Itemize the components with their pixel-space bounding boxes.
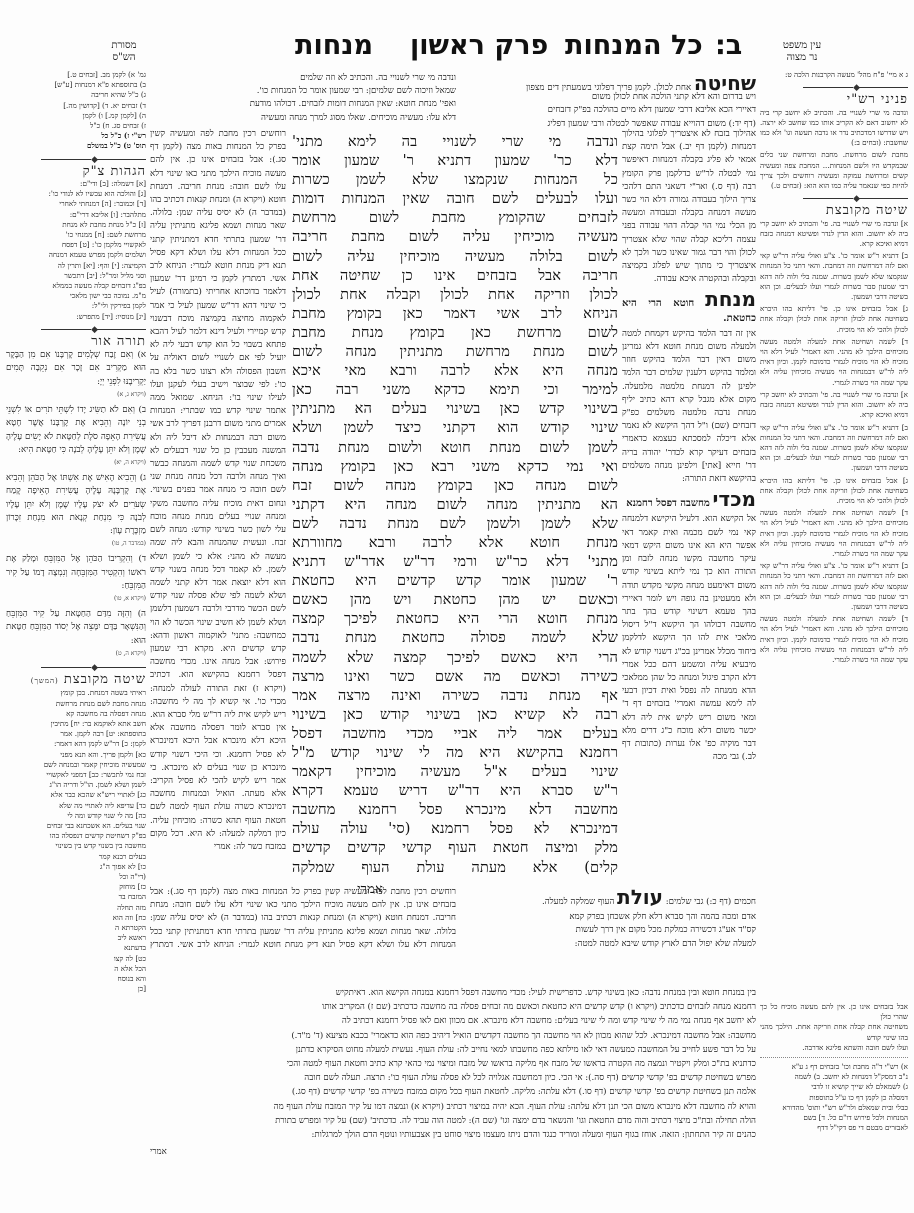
rashi-line: והויא לה מחשבה דלא מינכרא משום הכי תנן ד… <box>150 1100 756 1114</box>
rashi-body: אל הקישא הוא. דלעיל היקישא דלמנחה קאי נמ… <box>622 513 756 764</box>
gemara-line: אף מנחת נדבה כשירה ואינה מרצה אמר <box>292 686 618 705</box>
shita-cont-line: לשמן ושלא לשמן. הו"ל ודריה הו"ג <box>6 780 146 790</box>
gemara-line: מעשיה מוכיחין עליה לשום מחבת חריבה <box>292 227 618 246</box>
masoret-line: ה) [לקמן קמ.] ו) לקמן <box>6 111 146 121</box>
rashi-prefix: חכמים (דף כ:) גבי שלמים: <box>666 897 756 907</box>
penei-rashi-title: פניני רש"י <box>760 95 908 105</box>
rashi-line: (דף יד:) משום דהוייא עבודה שאפשר לבטלה ו… <box>462 118 756 128</box>
rashi-line: רחמנא מנחה לזבחים כדכתיב (ויקרא ו) קדש ק… <box>150 1000 756 1014</box>
penei-rashi-paragraph: ונדבה מי שרי לשנויי בה. והכתיב לא יחשב ק… <box>760 108 908 149</box>
hagahot-line: לאבזרים מבטם די פס דקי"ל דדף <box>760 1123 908 1132</box>
shita-cont-line: בדעתנא <box>6 943 146 953</box>
verse-text: א) וְאִם זֶבַח שְׁלָמִים קָרְבָּנוֹ אִם … <box>6 349 146 389</box>
gemara-line: שלא לשמה פסולה כחטאת מנחת נדבה <box>292 628 618 647</box>
hagahot-line: ג) לשמאלם לא שייך קושיא זו לדבי <box>760 1082 908 1092</box>
hagahot-line: [ד] וכמובר: [ה] דמנחתי לאחרי <box>6 199 146 209</box>
shita-cont-line: כו] לא אפוך ה"ג <box>6 862 146 872</box>
ein-mishpat-label-line1: עין משפט <box>772 40 832 52</box>
shita-cont-line: ראיתי בשטה דמנחת. בכן קומץ <box>6 688 146 698</box>
hagahot-line: [ג] והולכה הוא עכשיו לא לנודי כו': <box>6 189 146 199</box>
left-margin-column: גמ' א) לקמן מב. [זבחים ט.] ב) בתוספתא פ"… <box>6 70 146 1210</box>
tosafot-continuation: רוחשים רכין מחבת לפה ומעשיה קשין בפרק כל… <box>150 886 456 986</box>
masoret-line: תוס' ט) כ"ל במשלם <box>6 141 146 151</box>
rashi-heading-4: חכמים (דף כ:) גבי שלמים: עולת העוף שמלקה… <box>462 886 756 909</box>
rashi-heading-rest: מחשבה דפסל רחמנא <box>626 498 710 509</box>
verse-text: ג) וְהֵבִיא הָאִישׁ אֶת אִשְׁתּוֹ אֶל הַ… <box>6 472 146 538</box>
rashi-dibur-hamatchil: עולת <box>617 886 663 909</box>
verse-source: (ויקרא ה, ט) <box>6 647 146 660</box>
gemara-line: כל המנחות שנקמצו שלא לשמן כשרות <box>292 170 618 189</box>
rashi-heading-rest: העוף שמלקה למעלה. <box>542 897 614 907</box>
gemara-line: ועלו לבעלים לשם חובה שאין המנחות דומות <box>292 189 618 208</box>
shita-cont-line: כה] מה לי שנוי קודש ומה לי <box>6 811 146 821</box>
gemara-line: רבה לא קשיא כאן בשינוי קודש כאן בשינוי <box>292 705 618 724</box>
rashi-continuation: חכמים (דף כ:) גבי שלמים: עולת העוף שמלקה… <box>462 886 756 986</box>
gemara-line: שינוי בעלים א"ל מעשיה מוכיחין דקאמר <box>292 762 618 781</box>
gemara-line: לשום מנחת מרחשת מתניתין מנחה לשום <box>292 342 618 361</box>
gemara-line: דלא כר' שמעון דתניא ר' שמעון אומר <box>292 151 618 170</box>
masoret-label-line2: הש"ס <box>104 52 144 64</box>
rashi-line: דאיירי הכא אליבא דרבי שמעון דלא מיים בהו… <box>462 104 756 117</box>
gemara-line: מתני' דלא כר"ש ורמי דר"ש אדר"ש דתניא <box>292 552 618 571</box>
masoret-label-line1: מסורת <box>104 40 144 52</box>
shita-cont-line: לקמן: כ] דר"ש לקמן דהא דאמר: <box>6 739 146 749</box>
hagahot-line: כבלי ובית שמאלם ולר"ש רש"י ותוס' מהדורא <box>760 1103 908 1113</box>
rashi-body: אהילוך בזבח לא איצטריך לפלוגי בהילוך דמנ… <box>622 128 756 286</box>
gemara-line: מנחת חוטא הרי היא כחטאת לפיכך קמצה <box>292 609 618 628</box>
rashi-body: אין זה דבר הלמד בהיקש דקמחת למטה ולמעלה … <box>622 328 756 486</box>
rashi-line: אדם ומכה בהמה והך סברא דלא חלק אשכחן בפר… <box>462 911 756 924</box>
hagahot-line: וסני מליל ומר"ל: [יב] דתכשר <box>6 271 146 281</box>
hagahot-line: דמסלה כן לקמן דף כו ע"ל בתוספות <box>760 1093 908 1103</box>
gemara-line: רחמנא בהקישא היא מה לי שינוי קודש מ"ל <box>292 743 618 762</box>
shita-cont-line: ראשא ליב <box>6 933 146 943</box>
shita-paragraph: ג] אבל בזבחים אינו כן. פי' דליתא בהו היכ… <box>760 476 908 507</box>
rashi-line: כדתניא בת"כ ומלק ויקטיר ונמצה מה הקטרה ב… <box>150 1057 756 1071</box>
gemara-line: ר' שמעון אומר קדש קדשים היא כחטאת <box>292 571 618 590</box>
gemara-line: ואי נמי כדקא משני רבא כאן בקומץ מנחה <box>292 457 618 476</box>
gemara-line: ר"ש סברא היא דר"ש דריש טעמא דקרא <box>292 781 618 800</box>
shita-cont-line: (די"ה וכל <box>6 872 146 882</box>
shita-cont-line: בפ"ק דשחיטת קדשים דנפסלה בהו <box>6 831 146 841</box>
rashi-line: אלמה תנן בשחיטת קדשים בפ' קדשי קדשים (דף… <box>150 1085 756 1099</box>
daf-number: ב: <box>715 30 742 61</box>
gemara-line: בעלים אמר ליה אביי מכדי מחשבה דפסל <box>292 724 618 743</box>
shita-paragraph: ב] דתניא ר"ש אומר כו'. צ"ע ואולי עליה דר… <box>760 423 908 474</box>
gemara-line: לזבחים שהקומץ מחבת לשום מרחשת <box>292 208 618 227</box>
gemara-line: כשירה וכאשם מה אשם כשר ואינו מרצה <box>292 667 618 686</box>
gemara-line: דמינכרא לא פסל רחמנא (סי' עולה עולה <box>292 819 618 838</box>
hagahot-line: בפ"ג דזבחים קבלה מעשה בממלא <box>6 281 146 291</box>
shita-cont-line: כג] לאתויי ריש"א שהכא כבר אלא <box>6 790 146 800</box>
rashi-dibur-hamatchil: מכדי <box>713 487 756 511</box>
shita-cont-line: כד] עדיפא ליה לאתויי מה שלא <box>6 801 146 811</box>
gemara-line: מנחה היא אלא לרבה ורבא מאי איכא <box>292 361 618 380</box>
verse-source: (ויקרא א, טו) <box>6 592 146 605</box>
divider-line <box>760 1057 908 1058</box>
ein-mishpat-label-line2: נר מצוה <box>772 52 832 64</box>
masoret-line: ד) זבחים יא. ד) [קדושין מה.] <box>6 101 146 111</box>
gemara-line: לשמן לשום מנחת חוטא ולשום מנחת נדבה <box>292 438 618 457</box>
tosafot-fragment-line: משחיטה אחת קבלה אחת וזריקה אחת. הילכך מה… <box>760 1022 908 1042</box>
hagahot-line: [יג] מנוסיו: [יד] מתפרש: <box>6 312 146 322</box>
hagahot-line: מ"מ. נמוכה כבי ישון מלאכי <box>6 291 146 301</box>
hagahot-tzk-title: הגהות צ"ק <box>6 167 146 177</box>
masoret-line: ז) זבחים סג. ח) כ"ל <box>6 121 146 131</box>
shita-cont-title: שיטה מקובצת (המשך) <box>6 675 146 686</box>
tractate-title: מנחות <box>295 30 373 61</box>
shita-cont-line: שמעשיה מוכיחין קאמר ובמנחה לשם <box>6 760 146 770</box>
rashi-bottom-full: בין במנחת חוטא ובין במנחת נדבה: כאן בשינ… <box>150 986 756 1166</box>
gemara-line: שינוי קודש הוא דקתני כיצד לשמן ושלא <box>292 418 618 437</box>
gemara-line: מלק ומיצה חטאת העוף קדשי קדשים קדשים <box>292 838 618 857</box>
page-catchword: אמרי <box>150 1146 210 1159</box>
rashi-line: בין במנחת חוטא ובין במנחת נדבה: כאן בשינ… <box>150 986 756 1000</box>
shita-cont-line: חשב אתא לאוקמא בר: יח] מתיבין <box>6 719 146 729</box>
masoret-line: גמ' א) לקמן מב. [זבחים ט.] <box>6 70 146 80</box>
gemara-line: מנחת חוטא אלא לרבה ורבא מחוורתא <box>292 533 618 552</box>
gemara-line: לשום מנחה כאן בקומץ מנחה לשום זבח <box>292 476 618 495</box>
hagahot-line: [א] דשמלה: [ב] ודי"ם: <box>6 179 146 189</box>
gemara-line: לשום מרחשת כאן בקומץ מנחת מחבת <box>292 323 618 342</box>
hagahot-line: נ"ב דמסק"ל דמנחות לא יחשב. ב) לשמה <box>760 1072 908 1082</box>
tosafot-line: דלא עלו: מעשיה מוכיחים. שאלו מסוג למרך מ… <box>150 112 456 125</box>
rashi-heading: מכדי מחשבה דפסל רחמנא <box>622 488 756 511</box>
tosafot-column: רוחשים רכין מחבת לפה ומעשיה קשין בפרק כל… <box>150 128 286 886</box>
right-margin-column: ג א מיי' פ"ח מהל' מעשה הקרבנות הלכה ט: ◆… <box>760 70 908 1010</box>
tosafot-fragment-line: אבל בזבחים אינו כן. אין להם מעשה מוכיח כ… <box>760 1002 908 1022</box>
hagahot-line: לאקשויי מלקמן כו': [ט] דפסח <box>6 240 146 250</box>
shita-paragraph: ג] אבל בזבחים אינו כן. פי' דליתא בהו היכ… <box>760 304 908 335</box>
hagahot-line: מתלהבר: [ו] אליבא דרי"ם: <box>6 210 146 220</box>
gemara-line: חריבה אבל בזבחים אינו כן שחיטה אחת <box>292 266 618 285</box>
rashi-line: על כל דבר פשע לחייב על המחשבה כמעשה דאי … <box>150 1043 756 1057</box>
shita-cont-line: כא] ולקמן פריך. והא תנא מפני <box>6 750 146 760</box>
ein-mishpat-label: עין משפט נר מצוה <box>772 40 832 64</box>
shita-cont-line: בעלים רבנא קמר <box>6 852 146 862</box>
tosafot-line: רוחשים רכין מחבת לפה ומעשיה קשין בפרק כל… <box>150 886 456 952</box>
gemara-line: קלים) אלא מעתה עולת העוף שמלקה <box>292 858 618 877</box>
hagahot-line: הקמיצה: [י] והף: [יא] ותרין לה <box>6 261 146 271</box>
rashi-top: שחיטה אחת לכולן. לקמן פריך דפלוגי בשמעתי… <box>462 72 756 128</box>
shita-paragraph: א] ונדבה מי שרי לשנויי בה. פי' והכתיב לא… <box>760 219 908 250</box>
gemara-line: למימר וכי תימא כדקא משני רבה כאן <box>292 380 618 399</box>
shita-cont-line: הכל אלא ה <box>6 964 146 974</box>
verse-text: ד) וְהִקְרִיבוֹ הַכֹּהֵן אֶל הַמִּזְבֵּח… <box>6 553 146 593</box>
torah-or-title: תורה אור <box>6 337 146 347</box>
shita-cont-line: מנחה דפסלה בה מחשבה קא <box>6 709 146 719</box>
chapter-name: כל המנחות <box>565 30 703 61</box>
gemara-line: בשינוי קדש כאן בשינוי בעלים הא מתניתין <box>292 399 618 418</box>
tosafot-line: ואפי' מנחת חוטא: שאין המנחות דומות לזבחי… <box>150 98 456 111</box>
shita-paragraph: ב] דתניא ר"ש אומר כו'. צ"ע ואולי עליה דר… <box>760 561 908 612</box>
tosafot-fragment-line: ועלו לשם חובה והשתא פליגא אדרבה. <box>760 1043 908 1053</box>
rashi-line: ויש בדרום והא דלא קתני הולכה אחת לכולן מ… <box>462 91 756 104</box>
rashi-dibur-hamatchil: מנחת <box>705 287 756 311</box>
hagahot-line: לקמן בפירקין ולי"ל: <box>6 301 146 311</box>
rashi-column: אהילוך בזבח לא איצטריך לפלוגי בהילוך דמנ… <box>622 128 756 886</box>
verse-source: (ויקרא ג, א) <box>6 388 146 401</box>
rashi-line: למעלה שלא יפול הדם לארץ קודש שיבא למטה ל… <box>462 938 756 951</box>
shita-cont-line: הקטרתא ה <box>6 923 146 933</box>
hagahot-line: מרחשת לשם: [ח] ממנחי כו' <box>6 230 146 240</box>
gemara-text: ונדבה מי שרי לשנויי בה לימא מתני' דלא כר… <box>292 132 618 877</box>
rashi-line: מחשבה: אבל מחשבה דמינכרא. לכל שהוא מכוון… <box>150 1029 756 1043</box>
verse-source: (במדבר ה, טו) <box>6 537 146 550</box>
shita-cont-line: מנחה מחבת לשם מנחת מרחשת <box>6 699 146 709</box>
shita-cont-line: שנוי בעלים. הא אשכחנא בבי זבחים <box>6 821 146 831</box>
shita-cont-line: מחשבה בין בשנוי קדש בין בשינוי <box>6 841 146 851</box>
masoret-hashas-label: מסורת הש"ס <box>104 40 144 64</box>
masoret-line: ג) כ"ל שהיא חריבה <box>6 90 146 100</box>
shita-cont-line: והא בנוסח <box>6 974 146 984</box>
gemara-line: לכולן וזריקה אחת לכולן וקבלה אחת לכולן <box>292 285 618 304</box>
hagahot-line: [ז] כ"ל מנחת מחבת לא מנחת <box>6 220 146 230</box>
penei-rashi-paragraph: מחבת לשום מרחשת. מחבת ומרחשת שני כלים שב… <box>760 150 908 191</box>
shita-cont-line: [כן <box>6 984 146 994</box>
verse-text: ה) וְהִזָּה מִדַּם הַחַטָּאת עַל קִיר הַ… <box>6 608 146 648</box>
shita-cont-line: כח] וזה הוא <box>6 913 146 923</box>
gemara-line: הניחא לרב אשי דאמר כאן בקומץ מחבת <box>292 304 618 323</box>
shita-cont-line: כט] לה קצו <box>6 954 146 964</box>
ein-mishpat-entry: ג א מיי' פ"ח מהל' מעשה הקרבנות הלכה ט: <box>760 70 908 80</box>
gemara-line: הרי היא כאשם לפיכך קמצה שלא לשמה <box>292 648 618 667</box>
verse-source: (ויקרא ה, יא) <box>6 456 146 469</box>
shita-paragraph: ד] לשמה ושחיטה אחת למעלה ולמטה מעשה מוכי… <box>760 337 908 388</box>
shita-paragraph: ד] לשמה ושחיטה אחת למעלה ולמטה מעשה מוכי… <box>760 508 908 559</box>
masoret-line: ב) בתוספתא פ"א דמנחות [ע"ש] <box>6 80 146 90</box>
rashi-heading: מנחת חוטא הרי היא כחטאת. <box>622 288 756 325</box>
shita-cont-line: המזבח בד <box>6 892 146 902</box>
tosafot-top: ונדבה מי שרי לשנויי בה. והכתיב לא וזה של… <box>150 72 456 128</box>
gemara-line: מחשבה דלא מינכרא פסל רחמנא מחשבה <box>292 800 618 819</box>
shita-mekubetzet-title: שיטה מקובצת <box>760 206 908 216</box>
gemara-line: שלא לשמן ולשמן לשם מנחת נדבה לשם <box>292 514 618 533</box>
gemara-line: ונדבה מי שרי לשנויי בה לימא מתני' <box>292 132 618 151</box>
right-margin-bottom: אבל בזבחים אינו כן. אין להם מעשה מוכיח כ… <box>760 1002 908 1132</box>
tosafot-line: שמאל וזיכוה לשם שלמיםן: רבי שמעון אומר כ… <box>150 85 456 98</box>
rashi-line: לא יחשב אף מנחה נמי מה לי שינוי קדש ומה … <box>150 1014 756 1028</box>
hagahot-line: א) רש"י ד"ה מחבת וכו' בזבחים דף ג ע"א <box>760 1062 908 1072</box>
shita-paragraph: ד] לשמה ושחיטה אחת למעלה ולמטה מעשה מוכי… <box>760 614 908 665</box>
verse-text: ב) וְאִם לֹא תַשִּׂיג יָדוֹ לִשְׁתֵּי תֹ… <box>6 404 146 457</box>
shita-cont-line: בתוספתא: יט] רבה לקמן. אמר <box>6 729 146 739</box>
shita-cont-title-text: שיטה מקובצת <box>64 672 146 687</box>
masoret-line: רש"י ז) כ"ל כל <box>6 131 146 141</box>
gemara-line: וכאשם יש מהן כחטאת ויש מהן כאשם <box>292 590 618 609</box>
hagahot-line: ושלמים ולקמן מפרש טעמא דמנחה <box>6 250 146 260</box>
shita-paragraph: א] ונדבה מי שרי לשנויי בה. פי' והכתיב לא… <box>760 390 908 421</box>
rashi-line: מפרש בשחיטת קדשים בפ' קדשי קדשים (דף סה.… <box>150 1071 756 1085</box>
hagahot-line: המנחות ולכל פירוש דו"ם כל. ד] בשם <box>760 1113 908 1123</box>
rashi-line: כהנים זה קיר התחתון: הזאה. אוחז בגוף העו… <box>150 1128 756 1142</box>
torah-or-verse: א) וְאִם זֶבַח שְׁלָמִים קָרְבָּנוֹ אִם … <box>6 349 146 660</box>
tosafot-body: רוחשים רכין מחבת לפה ומעשיה קשין בפרק כל… <box>150 128 286 854</box>
tosafot-line: ונדבה מי שרי לשנויי בה. והכתיב לא וזה של… <box>150 72 456 85</box>
gemara-line: לשום בלולה מעשיה מוכיחין עליה לשום <box>292 247 618 266</box>
gemara-line: הא מתניתין מנחה לשום מנחה היא דקתני <box>292 495 618 514</box>
shita-cont-line: כז] מוחזק <box>6 882 146 892</box>
shita-cont-subtitle: (המשך) <box>31 677 59 685</box>
shita-paragraph: ב] דתניא ר"ש אומר כו'. צ"ע ואולי עליה דר… <box>760 251 908 302</box>
shita-cont-line: מזה תחלה <box>6 903 146 913</box>
chapter-title: פרק ראשון <box>410 30 548 61</box>
rashi-line: הולה תחילה ובת"כ מיצוי דכתיב והוה מדם הח… <box>150 1114 756 1128</box>
shita-cont-line: זבח נמי לתכשר: כב] דמפני לאקשויי <box>6 770 146 780</box>
rashi-line: קס"ד אע"ג דכשירה כמלקת מכל מקום אין דרך … <box>462 924 756 937</box>
